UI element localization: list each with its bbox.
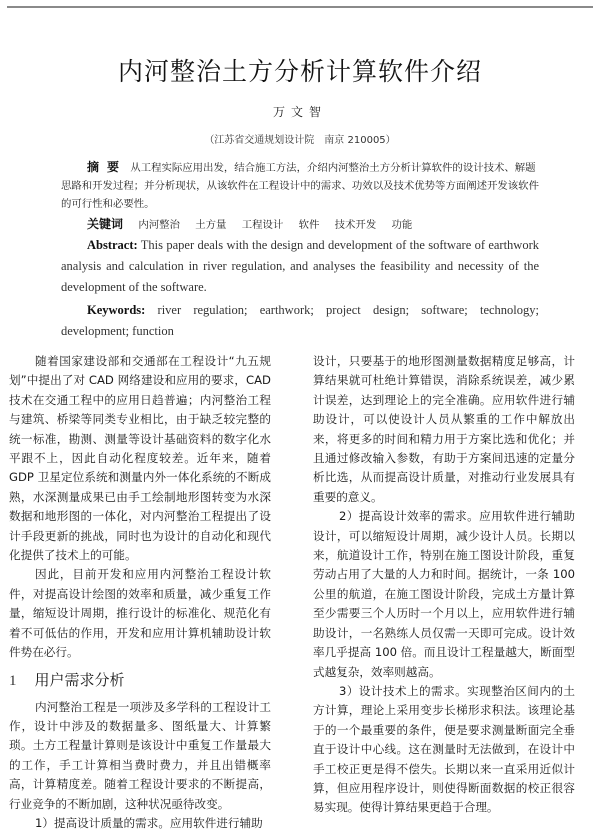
- abstract-cn-text: 从工程实际应用出发，结合施工方法，介绍内河整治土方分析计算软件的设计技术、解题思…: [61, 162, 539, 210]
- keywords-cn: 关键词 内河整治 土方量 工程设计 软件 技术开发 功能: [61, 215, 539, 234]
- body-paragraph: 因此，目前开发和应用内河整治工程设计软件，对提高设计绘图的效率和质量，减少重复工…: [9, 565, 271, 662]
- keyword-item: 技术开发: [335, 219, 377, 231]
- top-rule: [7, 6, 593, 8]
- abstract-cn-label: 摘要: [87, 160, 127, 174]
- section-title: 用户需求分析: [35, 671, 125, 689]
- abstract-section: 摘要 从工程实际应用出发，结合施工方法，介绍内河整治土方分析计算软件的设计技术、…: [61, 158, 539, 342]
- abstract-en: Abstract: This paper deals with the desi…: [61, 235, 539, 298]
- keywords-en-label: Keywords: [87, 303, 141, 317]
- section-heading: 1用户需求分析: [9, 669, 271, 692]
- body-paragraph: 设计，只要基于的地形图测量数据精度足够高，计算结果就可杜绝计算错误，消除系统误差…: [313, 352, 575, 507]
- body-paragraph: 内河整治工程是一项涉及多学科的工程设计工作，设计中涉及的数据量多、图纸量大、计算…: [9, 698, 271, 814]
- keyword-item: 软件: [299, 219, 320, 231]
- body-paragraph: 随着国家建设部和交通部在工程设计“九五规划”中提出了对 CAD 网络建设和应用的…: [9, 352, 271, 565]
- body-column-right: 设计，只要基于的地形图测量数据精度足够高，计算结果就可杜绝计算错误，消除系统误差…: [313, 352, 575, 818]
- keywords-cn-label: 关键词: [87, 217, 123, 231]
- abstract-en-label: Abstract: [87, 238, 134, 252]
- keyword-item: 工程设计: [242, 219, 284, 231]
- section-number: 1: [9, 673, 17, 689]
- body-paragraph: 1）提高设计质量的需求。应用软件进行辅助: [9, 814, 271, 833]
- abstract-cn: 摘要 从工程实际应用出发，结合施工方法，介绍内河整治土方分析计算软件的设计技术、…: [61, 158, 539, 213]
- paper-title: 内河整治土方分析计算软件介绍: [0, 52, 600, 88]
- keywords-en: Keywords: river regulation; earthwork; p…: [61, 300, 539, 342]
- keyword-item: 内河整治: [138, 219, 180, 231]
- affiliation: （江苏省交通规划设计院 南京 210005）: [0, 131, 600, 146]
- body-column-left: 随着国家建设部和交通部在工程设计“九五规划”中提出了对 CAD 网络建设和应用的…: [9, 352, 271, 833]
- body-paragraph: 3）设计技术上的需求。实现整治区间内的土方计算，理论上采用变步长梯形求积法。该理…: [313, 682, 575, 818]
- keyword-item: 功能: [392, 219, 413, 231]
- body-paragraph: 2）提高设计效率的需求。应用软件进行辅助设计，可以缩短设计周期，减少设计人员。长…: [313, 507, 575, 682]
- author-name: 万文智: [0, 103, 600, 120]
- keyword-item: 土方量: [195, 219, 226, 231]
